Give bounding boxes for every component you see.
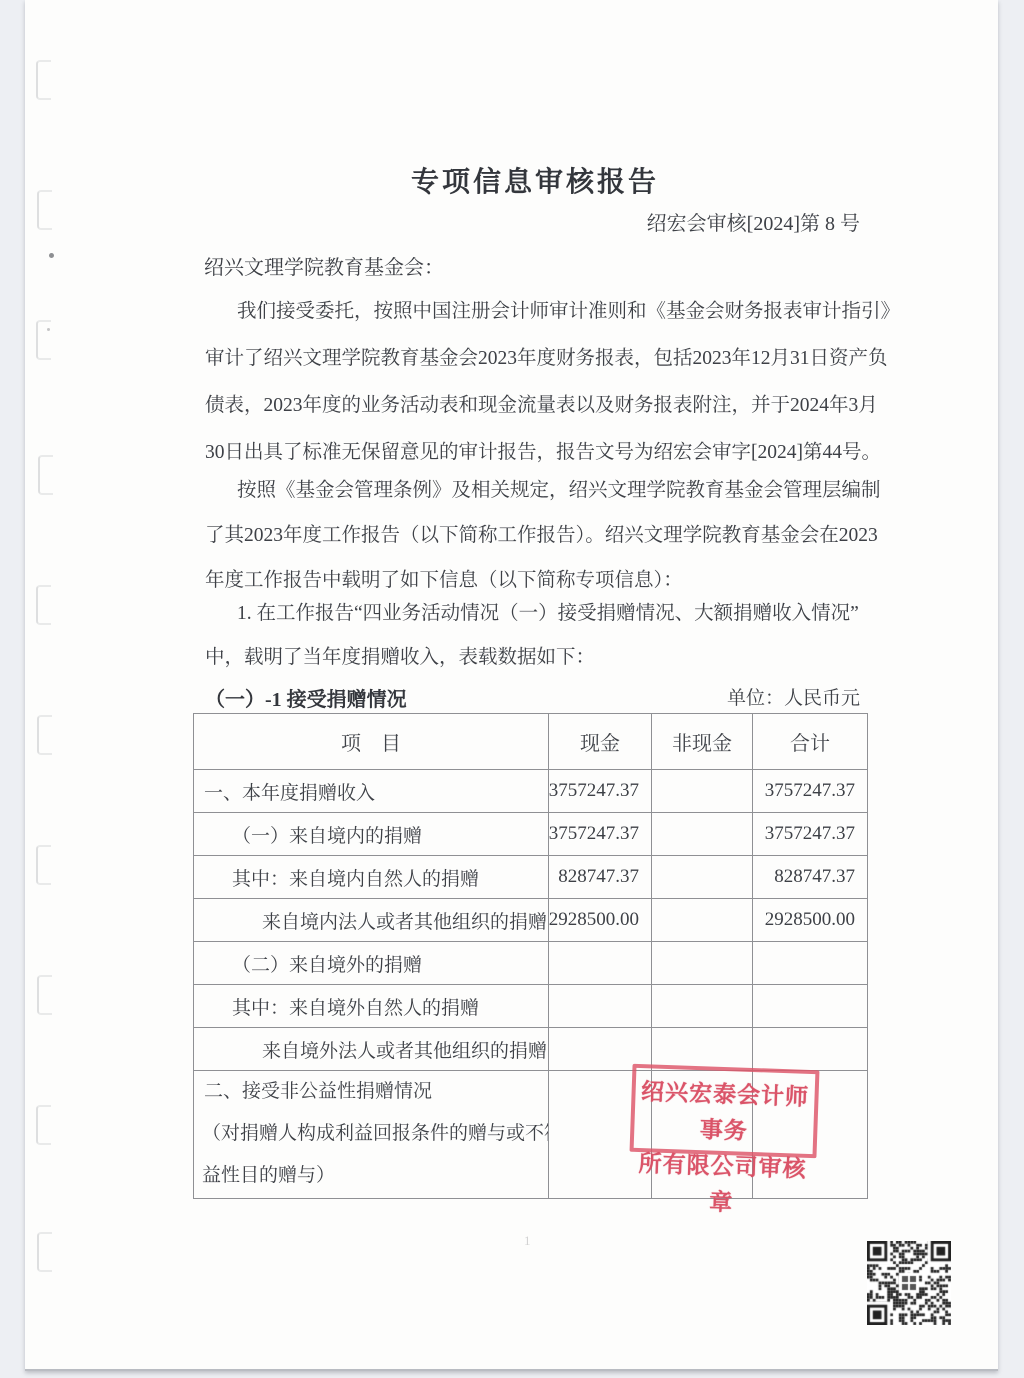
table-item-line: 二、接受非公益性捐赠情况 xyxy=(194,1071,548,1113)
table-cell-cash: 3757247.37 xyxy=(549,813,652,856)
paragraph-line: 我们接受委托，按照中国注册会计师审计准则和《基金会财务报表审计指引》 xyxy=(205,288,870,335)
table-row-item: （一）来自境内的捐赠 xyxy=(194,813,549,856)
table-cell-noncash xyxy=(652,856,753,899)
table-cell-total: 2928500.00 xyxy=(753,899,867,942)
table-caption-row: （一）-1 接受捐赠情况 单位：人民币元 xyxy=(205,683,860,713)
addressee-line: 绍兴文理学院教育基金会： xyxy=(204,251,444,280)
paragraph-item1: 1. 在工作报告“四业务活动情况（一）接受捐赠情况、大额捐赠收入情况” 中，载明… xyxy=(205,592,870,680)
col-header-noncash: 非现金 xyxy=(652,714,753,770)
audit-stamp: 绍兴宏泰会计师事务 所有限公司审核章 xyxy=(630,1064,820,1158)
table-row-item: 来自境内法人或者其他组织的捐赠 xyxy=(194,899,549,942)
binding-mark xyxy=(37,190,52,230)
binding-mark xyxy=(38,455,53,495)
binding-mark xyxy=(37,715,52,755)
table-cell-noncash xyxy=(652,813,753,856)
binding-mark xyxy=(36,320,51,360)
table-cell-total: 828747.37 xyxy=(753,856,867,899)
table-cell-noncash xyxy=(652,985,753,1028)
page-title: 专项信息审核报告 xyxy=(205,160,865,200)
table-cell-cash xyxy=(549,942,652,985)
binding-mark xyxy=(36,585,51,625)
paragraph-line: 1. 在工作报告“四业务活动情况（一）接受捐赠情况、大额捐赠收入情况” xyxy=(205,592,870,636)
table-row-item: 二、接受非公益性捐赠情况 （对捐赠人构成利益回报条件的赠与或不符合公 益性目的赠… xyxy=(194,1071,549,1198)
scanned-document-page: 专项信息审核报告 绍宏会审核[2024]第 8 号 绍兴文理学院教育基金会： 我… xyxy=(0,0,1024,1378)
table-cell-noncash xyxy=(652,899,753,942)
binding-mark xyxy=(36,1105,51,1145)
table-cell-cash: 3757247.37 xyxy=(549,770,652,813)
ink-speck xyxy=(49,253,54,258)
page-number: 1 xyxy=(524,1233,531,1249)
table-cell-total: 3757247.37 xyxy=(753,813,867,856)
paragraph-regulation: 按照《基金会管理条例》及相关规定，绍兴文理学院教育基金会管理层编制 了其2023… xyxy=(205,468,870,603)
ink-speck xyxy=(47,328,50,331)
stamp-line: 绍兴宏泰会计师事务 xyxy=(634,1074,815,1152)
reference-number: 绍宏会审核[2024]第 8 号 xyxy=(205,207,860,236)
col-header-total: 合计 xyxy=(753,714,867,770)
table-cell-noncash xyxy=(652,770,753,813)
table-cell-total xyxy=(753,1028,867,1071)
table-cell-total: 3757247.37 xyxy=(753,770,867,813)
table-cell-total xyxy=(753,942,867,985)
table-cell-cash: 2928500.00 xyxy=(549,899,652,942)
table-item-line: （对捐赠人构成利益回报条件的赠与或不符合公 xyxy=(194,1113,548,1155)
table-item-line: 益性目的赠与） xyxy=(194,1155,548,1197)
binding-mark xyxy=(36,845,51,885)
table-caption: （一）-1 接受捐赠情况 xyxy=(205,683,407,712)
table-cell-noncash xyxy=(652,942,753,985)
paragraph-line: 了其2023年度工作报告（以下简称工作报告）。绍兴文理学院教育基金会在2023 xyxy=(205,513,870,558)
table-cell-total xyxy=(753,985,867,1028)
binding-mark xyxy=(37,1232,52,1272)
qr-code xyxy=(867,1241,951,1325)
paragraph-line: 按照《基金会管理条例》及相关规定，绍兴文理学院教育基金会管理层编制 xyxy=(205,468,870,513)
col-header-item: 项 目 xyxy=(194,714,549,770)
paragraph-line: 审计了绍兴文理学院教育基金会2023年度财务报表，包括2023年12月31日资产… xyxy=(205,335,870,382)
paragraph-line: 中，载明了当年度捐赠收入，表载数据如下： xyxy=(205,636,870,680)
binding-mark xyxy=(37,975,52,1015)
table-row-item: 其中：来自境内自然人的捐赠 xyxy=(194,856,549,899)
table-row-item: （二）来自境外的捐赠 xyxy=(194,942,549,985)
col-header-cash: 现金 xyxy=(549,714,652,770)
table-row-item: 来自境外法人或者其他组织的捐赠 xyxy=(194,1028,549,1071)
table-unit-label: 单位：人民币元 xyxy=(727,683,860,710)
paragraph-engagement: 我们接受委托，按照中国注册会计师审计准则和《基金会财务报表审计指引》 审计了绍兴… xyxy=(205,288,870,476)
table-row-item: 一、本年度捐赠收入 xyxy=(194,770,549,813)
stamp-line: 所有限公司审核章 xyxy=(631,1146,812,1224)
table-cell-cash xyxy=(549,985,652,1028)
paragraph-line: 债表，2023年度的业务活动表和现金流量表以及财务报表附注，并于2024年3月 xyxy=(205,382,870,429)
table-cell-cash: 828747.37 xyxy=(549,856,652,899)
binding-mark xyxy=(36,60,51,100)
table-row-item: 其中：来自境外自然人的捐赠 xyxy=(194,985,549,1028)
